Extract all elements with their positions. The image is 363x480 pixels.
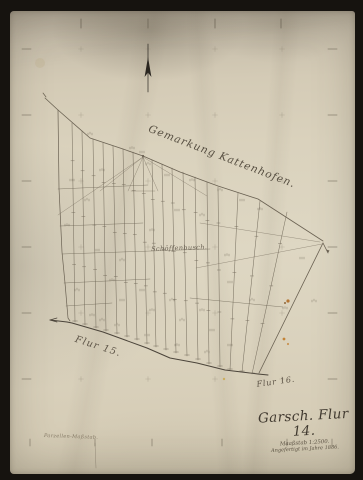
parcel-number-marks — [65, 132, 316, 353]
grid-crosses — [79, 47, 285, 382]
sheet-title: Garsch. Flur 14. — [250, 406, 357, 442]
title-block: Garsch. Flur 14. Maaßstab 1:2500. Angefe… — [250, 406, 358, 454]
scanned-map-sheet: Gemarkung Kattenhofen. Schöffenbusch. Fl… — [0, 0, 363, 480]
north-arrow-icon — [145, 44, 152, 92]
